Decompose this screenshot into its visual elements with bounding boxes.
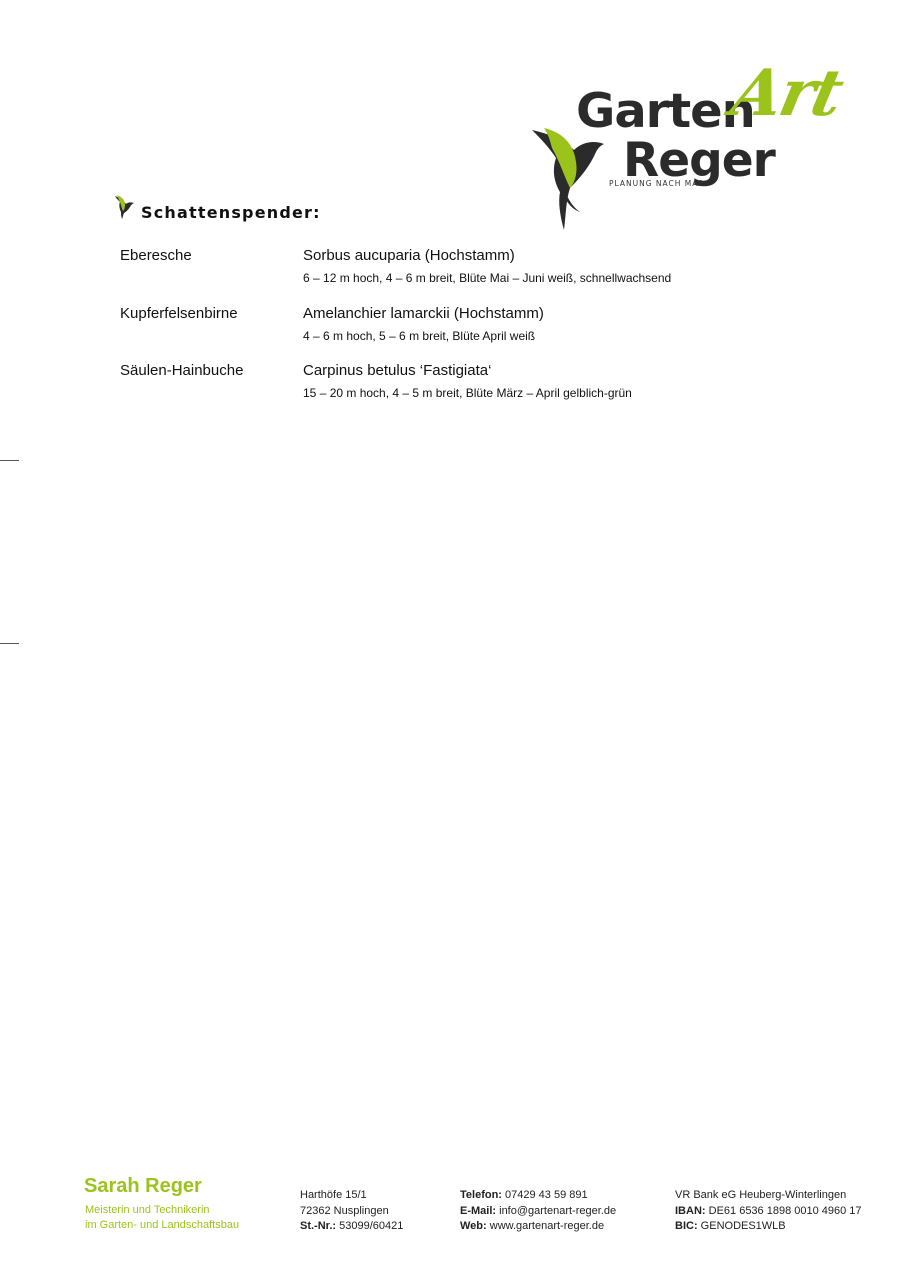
- logo-word-reger: Reger: [623, 137, 775, 184]
- email-link[interactable]: info@gartenart-reger.de: [499, 1205, 616, 1217]
- footer-role-line-2: im Garten- und Landschaftsbau: [85, 1218, 239, 1233]
- address-city: 72362 Nusplingen: [300, 1204, 403, 1220]
- web-link[interactable]: www.gartenart-reger.de: [490, 1220, 604, 1232]
- contact-phone: Telefon: 07429 43 59 891: [460, 1188, 616, 1204]
- iban-value: DE61 6536 1898 0010 4960 17: [709, 1205, 862, 1217]
- plant-list: Eberesche Sorbus aucuparia (Hochstamm) 6…: [120, 247, 820, 420]
- bank-iban: IBAN: DE61 6536 1898 0010 4960 17: [675, 1204, 862, 1220]
- plant-common-name: Eberesche: [120, 247, 192, 264]
- plant-common-name: Säulen-Hainbuche: [120, 362, 243, 379]
- plant-description: 15 – 20 m hoch, 4 – 5 m breit, Blüte Mär…: [303, 386, 632, 400]
- phone-label: Telefon:: [460, 1189, 502, 1201]
- footer-owner-name: Sarah Reger: [84, 1175, 202, 1198]
- contact-web: Web: www.gartenart-reger.de: [460, 1219, 616, 1235]
- plant-description: 6 – 12 m hoch, 4 – 6 m breit, Blüte Mai …: [303, 271, 671, 285]
- footer-bank: VR Bank eG Heuberg-Winterlingen IBAN: DE…: [675, 1188, 862, 1235]
- phone-value[interactable]: 07429 43 59 891: [505, 1189, 588, 1201]
- bic-value: GENODES1WLB: [701, 1220, 786, 1232]
- tax-number: St.-Nr.: 53099/60421: [300, 1219, 403, 1235]
- iban-label: IBAN:: [675, 1205, 706, 1217]
- plant-row: Eberesche Sorbus aucuparia (Hochstamm) 6…: [120, 247, 820, 305]
- email-label: E-Mail:: [460, 1205, 496, 1217]
- fold-mark-bottom: [0, 643, 19, 644]
- footer-role-line-1: Meisterin und Technikerin: [85, 1203, 239, 1218]
- bank-name: VR Bank eG Heuberg-Winterlingen: [675, 1188, 862, 1204]
- fold-mark-top: [0, 460, 19, 461]
- logo-tagline: PLANUNG NACH MAß: [609, 179, 704, 188]
- tax-label: St.-Nr.:: [300, 1220, 336, 1232]
- web-label: Web:: [460, 1220, 487, 1232]
- contact-email: E-Mail: info@gartenart-reger.de: [460, 1204, 616, 1220]
- section-heading: Schattenspender:: [114, 194, 321, 220]
- section-title: Schattenspender:: [141, 203, 321, 222]
- bank-bic: BIC: GENODES1WLB: [675, 1219, 862, 1235]
- plant-latin-name: Carpinus betulus ‘Fastigiata‘: [303, 362, 491, 379]
- plant-common-name: Kupferfelsenbirne: [120, 305, 238, 322]
- plant-row: Säulen-Hainbuche Carpinus betulus ‘Fasti…: [120, 362, 820, 420]
- plant-description: 4 – 6 m hoch, 5 – 6 m breit, Blüte April…: [303, 329, 535, 343]
- footer-owner-role: Meisterin und Technikerin im Garten- und…: [85, 1203, 239, 1233]
- company-logo: Garten Reger Art PLANUNG NACH MAß: [528, 62, 863, 232]
- footer-contact: Telefon: 07429 43 59 891 E-Mail: info@ga…: [460, 1188, 616, 1235]
- bic-label: BIC:: [675, 1220, 698, 1232]
- plant-latin-name: Amelanchier lamarckii (Hochstamm): [303, 305, 544, 322]
- plant-row: Kupferfelsenbirne Amelanchier lamarckii …: [120, 305, 820, 363]
- plant-latin-name: Sorbus aucuparia (Hochstamm): [303, 247, 515, 264]
- logo-word-art: Art: [726, 62, 847, 126]
- hummingbird-icon: [114, 194, 136, 220]
- footer-address: Harthöfe 15/1 72362 Nusplingen St.-Nr.: …: [300, 1188, 403, 1235]
- tax-value: 53099/60421: [339, 1220, 403, 1232]
- address-street: Harthöfe 15/1: [300, 1188, 403, 1204]
